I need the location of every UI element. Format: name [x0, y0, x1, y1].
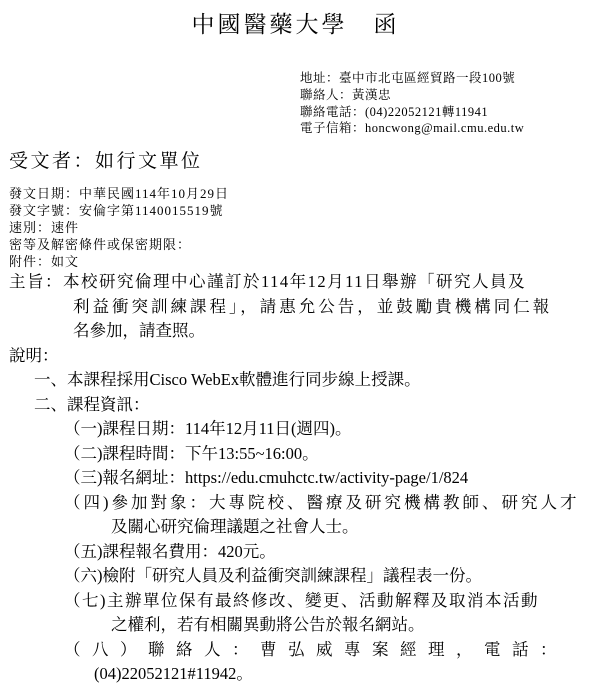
security-level-line: 密等及解密條件或保密期限：	[9, 236, 229, 253]
body-line: （四)參加對象：大專院校、醫療及研究機構教師、研究人才	[9, 491, 587, 516]
body-lines: 主旨：本校研究倫理中心謹訂於114年12月11日舉辦「研究人員及利益衝突訓練課程…	[9, 270, 587, 687]
doc-number-line: 發文字號：安倫字第1140015519號	[9, 202, 229, 219]
body-line: 利益衝突訓練課程」，請惠允公告，並鼓勵貴機構同仁報	[9, 295, 587, 320]
body-line: （八）聯絡人：曹弘威專案經理，電話：	[9, 638, 587, 663]
body-line: 說明：	[9, 344, 587, 369]
attachment-line: 附件：如文	[9, 253, 229, 270]
body-line: 名參加，請查照。	[9, 319, 587, 344]
body-line: 主旨：本校研究倫理中心謹訂於114年12月11日舉辦「研究人員及	[9, 270, 587, 295]
body-line: 及關心研究倫理議題之社會人士。	[9, 515, 587, 540]
body-line: （一)課程日期：114年12月11日(週四)。	[9, 417, 587, 442]
body-line: （三)報名網址：https://edu.cmuhctc.tw/activity-…	[9, 466, 587, 491]
official-letter-document: 中國醫藥大學 函 地址：臺中市北屯區經貿路一段100號 聯絡人：黃漢忠 聯絡電話…	[0, 0, 591, 688]
sender-contact-block: 地址：臺中市北屯區經貿路一段100號 聯絡人：黃漢忠 聯絡電話：(04)2205…	[300, 70, 524, 137]
body-line: （二)課程時間：下午13:55~16:00。	[9, 442, 587, 467]
document-title: 中國醫藥大學 函	[0, 6, 591, 39]
contact-phone: 聯絡電話：(04)22052121轉11941	[300, 104, 524, 121]
contact-email: 電子信箱：honcwong@mail.cmu.edu.tw	[300, 120, 524, 137]
body-line: 之權利，若有相關異動將公告於報名網站。	[9, 613, 587, 638]
recipient-line: 受文者：如行文單位	[9, 146, 203, 173]
body-line: (04)22052121#11942。	[9, 662, 587, 687]
contact-address: 地址：臺中市北屯區經貿路一段100號	[300, 70, 524, 87]
issue-date-line: 發文日期：中華民國114年10月29日	[9, 185, 229, 202]
contact-person: 聯絡人：黃漢忠	[300, 87, 524, 104]
speed-level-line: 速別：速件	[9, 219, 229, 236]
meta-block: 發文日期：中華民國114年10月29日 發文字號：安倫字第1140015519號…	[9, 185, 229, 270]
body-line: 一、本課程採用Cisco WebEx軟體進行同步線上授課。	[9, 368, 587, 393]
body-line: （七)主辦單位保有最終修改、變更、活動解釋及取消本活動	[9, 589, 587, 614]
body-line: 二、課程資訊：	[9, 393, 587, 418]
body-line: （六)檢附「研究人員及利益衝突訓練課程」議程表一份。	[9, 564, 587, 589]
body-line: （五)課程報名費用：420元。	[9, 540, 587, 565]
